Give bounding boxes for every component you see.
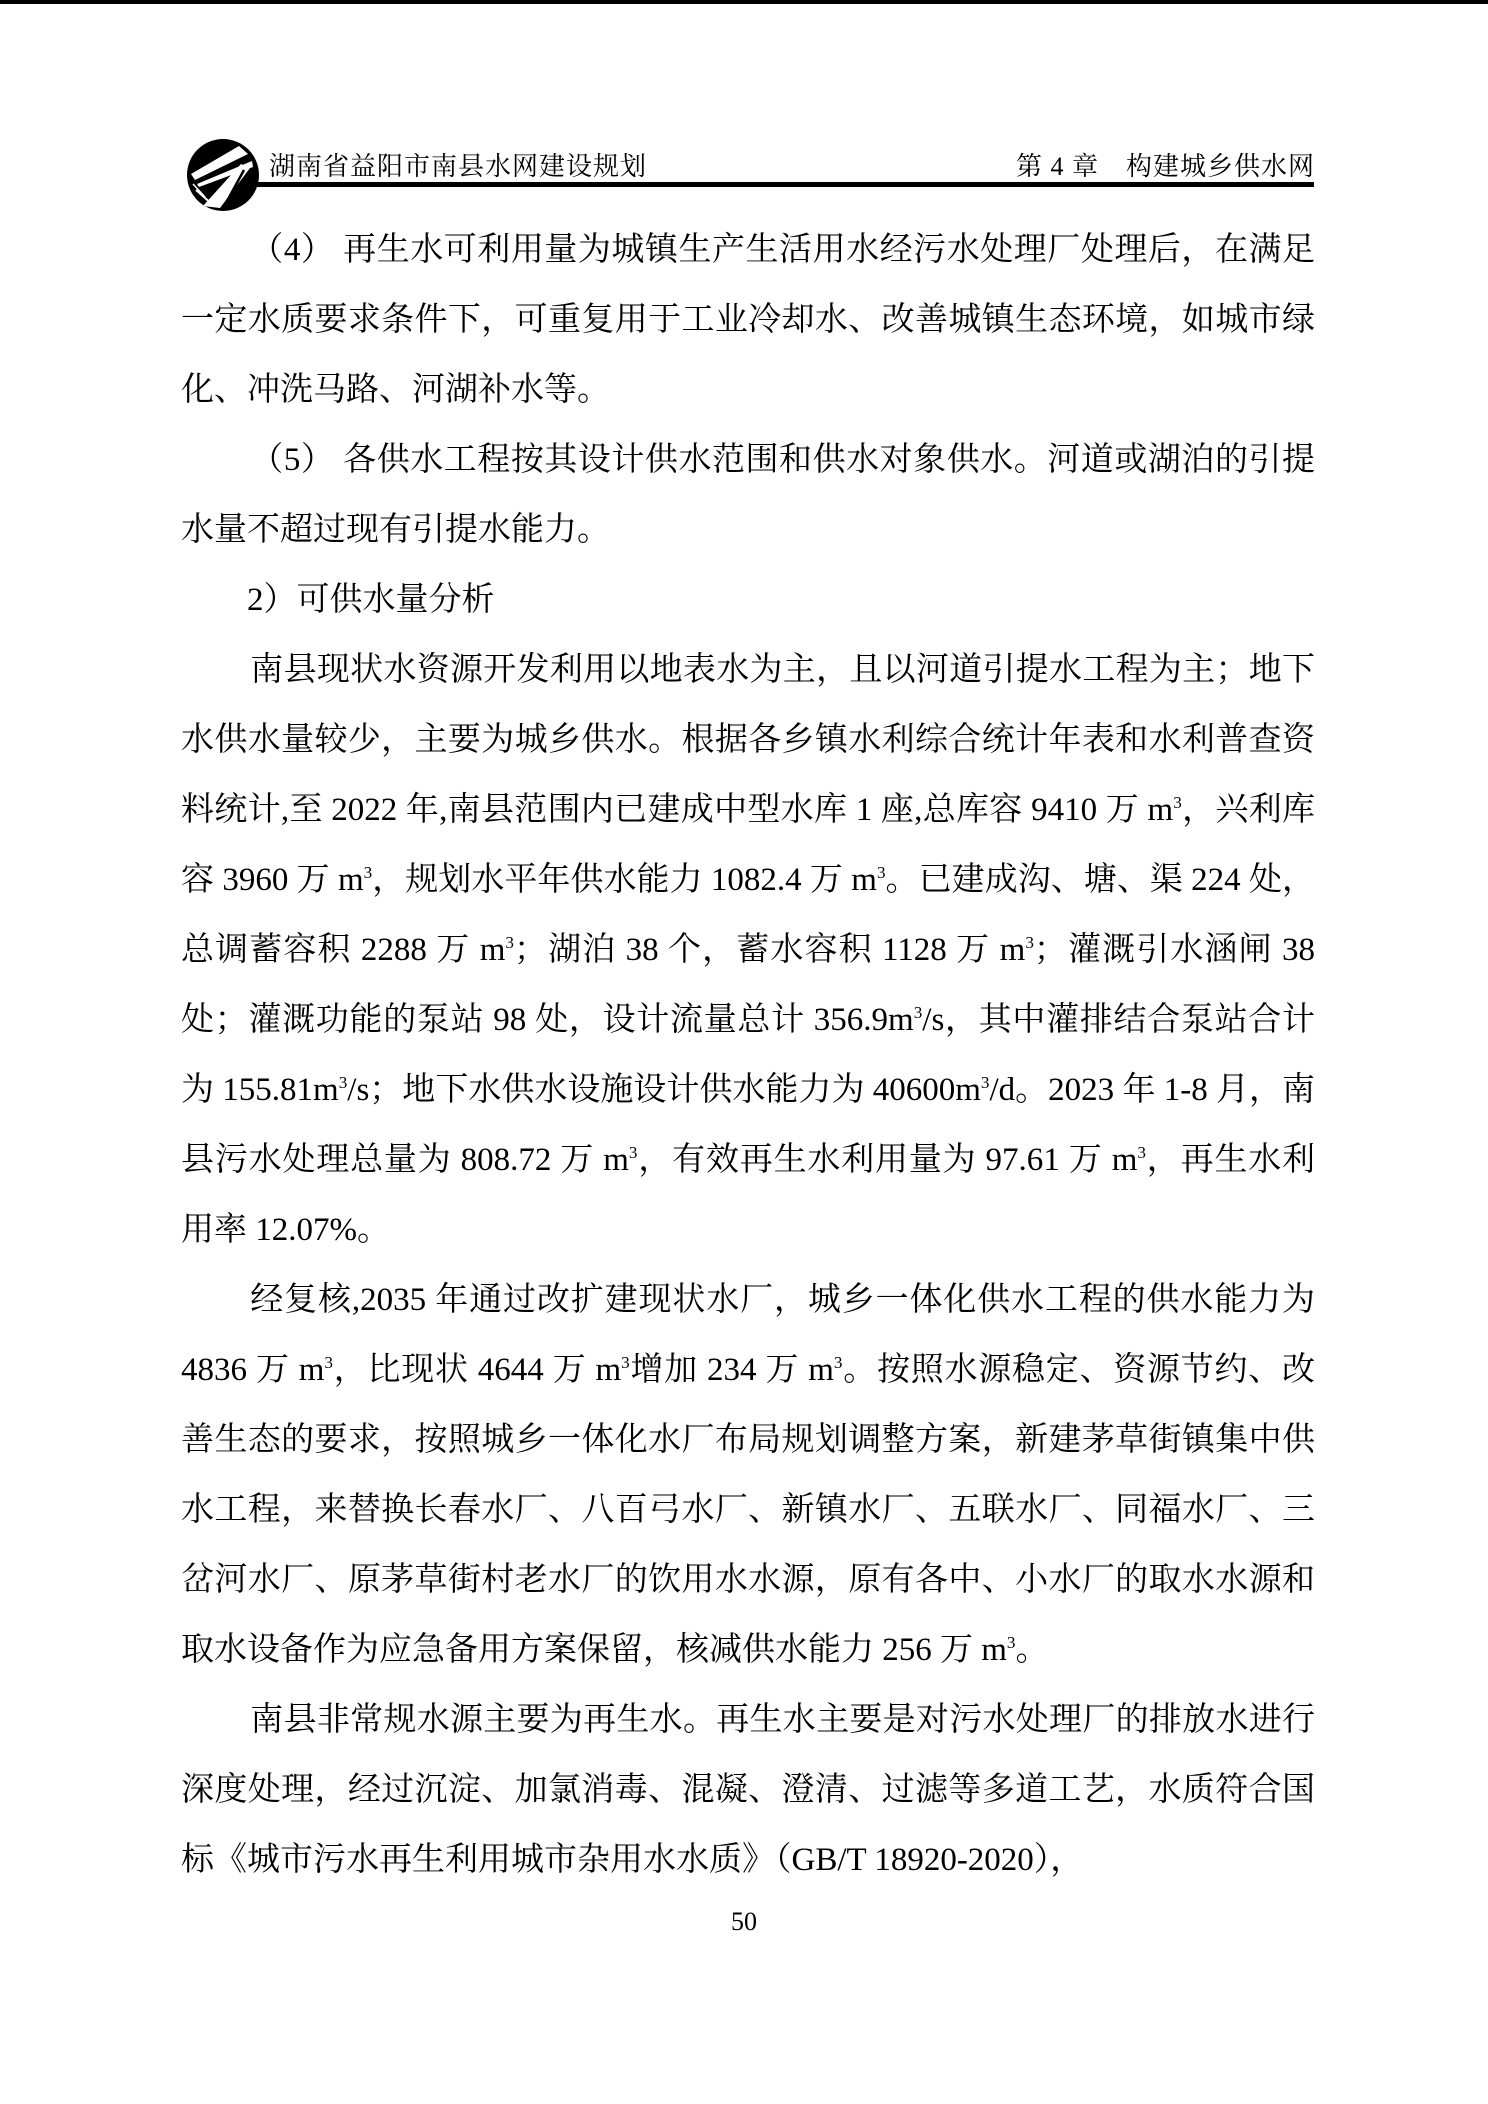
para-2035-supply-capacity: 经复核,2035 年通过改扩建现状水厂，城乡一体化供水工程的供水能力为 4836… bbox=[181, 1265, 1315, 1685]
superscript: 3 bbox=[629, 1143, 638, 1162]
superscript: 3 bbox=[877, 863, 886, 882]
superscript: 3 bbox=[981, 1073, 990, 1092]
superscript: 3 bbox=[1173, 793, 1182, 812]
para-4-reclaimed-water-use: （4） 再生水可利用量为城镇生产生活用水经污水处理厂处理后，在满足一定水质要求条… bbox=[181, 215, 1315, 425]
heading-available-water-analysis: 2）可供水量分析 bbox=[181, 565, 1315, 635]
header-chapter-label: 第 4 章 构建城乡供水网 bbox=[1016, 150, 1315, 184]
header-rule bbox=[254, 182, 1314, 187]
document-body: （4） 再生水可利用量为城镇生产生活用水经污水处理厂处理后，在满足一定水质要求条… bbox=[181, 215, 1315, 1895]
page-header: 湖南省益阳市南县水网建设规划 第 4 章 构建城乡供水网 bbox=[181, 146, 1315, 184]
header-doc-title: 湖南省益阳市南县水网建设规划 bbox=[181, 150, 647, 184]
superscript: 3 bbox=[1007, 1633, 1016, 1652]
superscript: 3 bbox=[324, 1353, 333, 1372]
para-5-supply-scope: （5） 各供水工程按其设计供水范围和供水对象供水。河道或湖泊的引提水量不超过现有… bbox=[181, 425, 1315, 565]
para-current-water-resources: 南县现状水资源开发利用以地表水为主，且以河道引提水工程为主；地下水供水量较少，主… bbox=[181, 635, 1315, 1265]
document-page: 湖南省益阳市南县水网建设规划 第 4 章 构建城乡供水网 （4） 再生水可利用量… bbox=[0, 0, 1488, 2104]
superscript: 3 bbox=[1137, 1143, 1146, 1162]
page-number: 50 bbox=[0, 1905, 1488, 1939]
superscript: 3 bbox=[364, 863, 373, 882]
screenshot-top-edge bbox=[0, 0, 1488, 4]
superscript: 3 bbox=[834, 1353, 843, 1372]
superscript: 3 bbox=[1025, 933, 1034, 952]
superscript: 3 bbox=[914, 1003, 923, 1022]
superscript: 3 bbox=[339, 1073, 348, 1092]
para-unconventional-sources: 南县非常规水源主要为再生水。再生水主要是对污水处理厂的排放水进行深度处理，经过沉… bbox=[181, 1685, 1315, 1895]
superscript: 3 bbox=[621, 1353, 630, 1372]
superscript: 3 bbox=[505, 933, 514, 952]
